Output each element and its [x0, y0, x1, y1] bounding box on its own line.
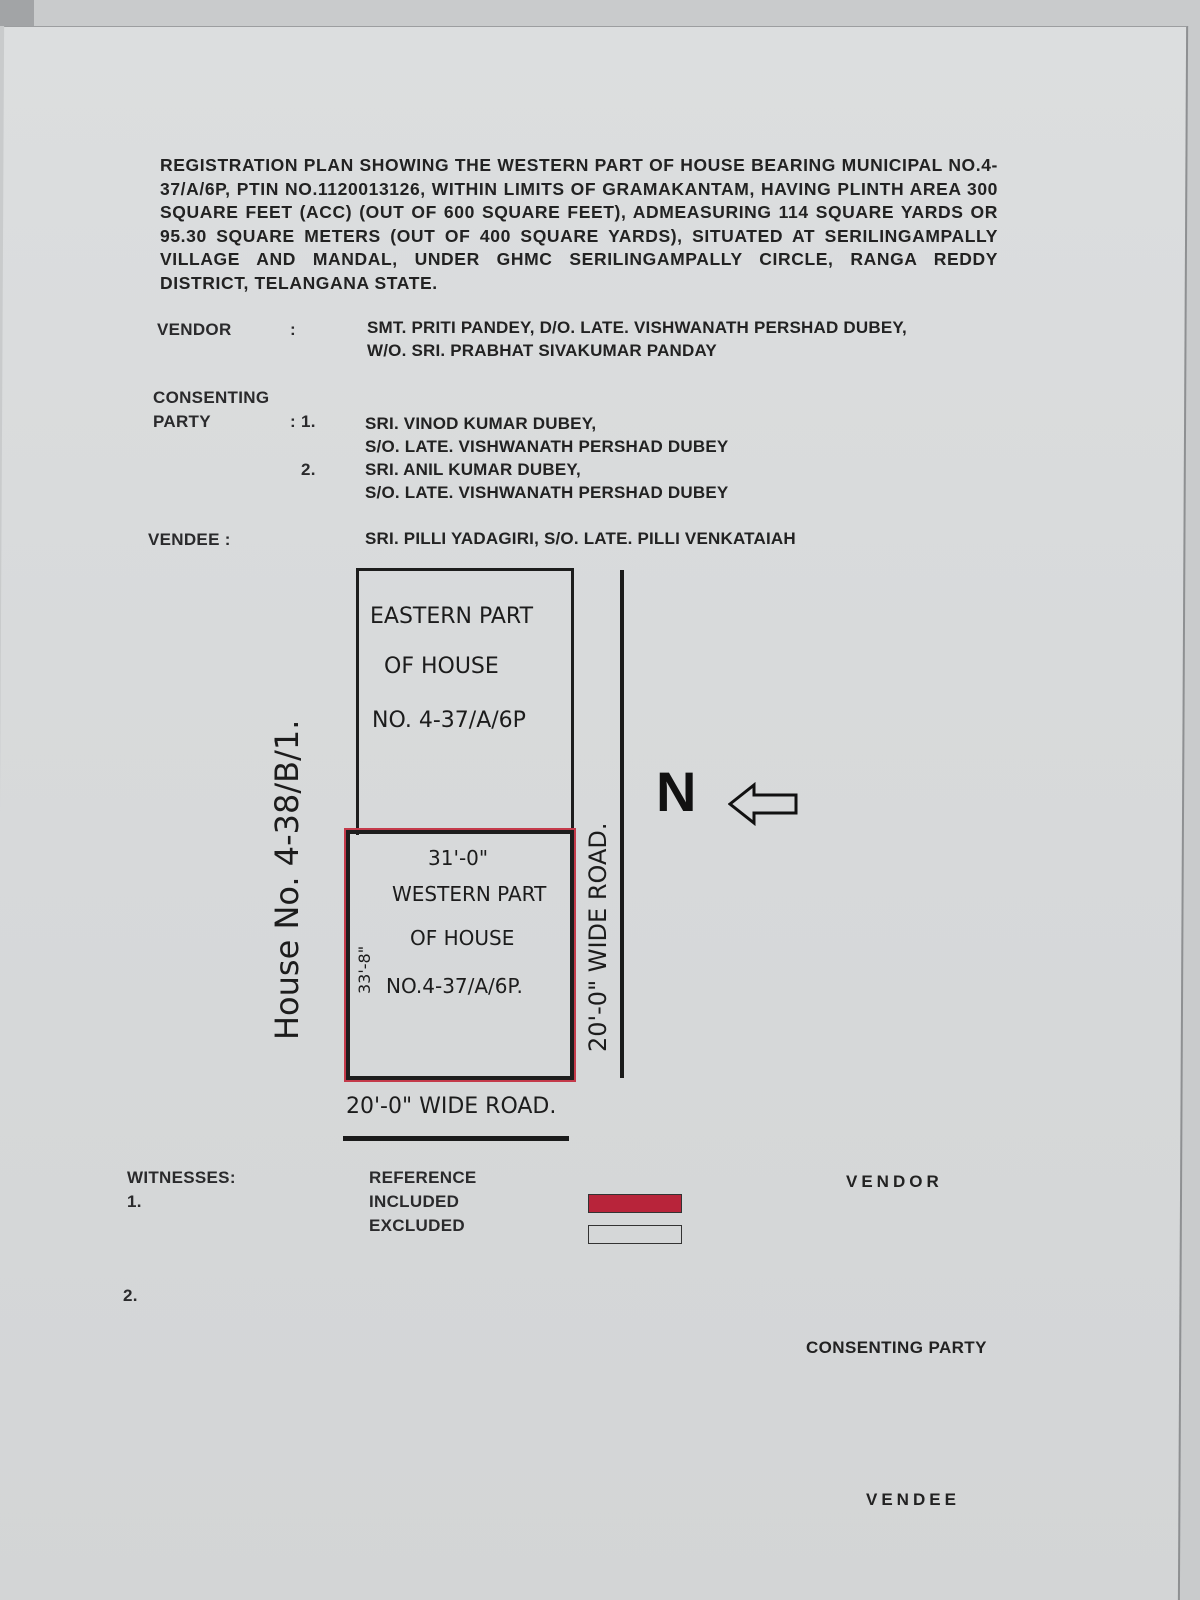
witness-1: 1.: [127, 1192, 142, 1212]
document-title: REGISTRATION PLAN SHOWING THE WESTERN PA…: [160, 154, 998, 295]
consenting-party-member-2: SRI. ANIL KUMAR DUBEY, S/O. LATE. VISHWA…: [365, 458, 728, 504]
consenting-party-number-2: 2.: [301, 460, 316, 480]
member-1-line-2: S/O. LATE. VISHWANATH PERSHAD DUBEY: [365, 435, 728, 458]
member-2-line-1: SRI. ANIL KUMAR DUBEY,: [365, 458, 728, 481]
vendor-line-2: W/O. SRI. PRABHAT SIVAKUMAR PANDAY: [367, 339, 907, 362]
western-part-line-2: OF HOUSE: [410, 926, 514, 950]
legend-included-swatch: [588, 1194, 682, 1213]
vendee-label: VENDEE :: [148, 530, 231, 550]
eastern-part-line-3: NO. 4-37/A/6P: [372, 708, 526, 733]
member-2-line-2: S/O. LATE. VISHWANATH PERSHAD DUBEY: [365, 481, 728, 504]
western-depth-dimension: 33'-8": [355, 946, 374, 994]
north-arrow-icon: [728, 782, 800, 826]
consenting-party-label-2: PARTY: [153, 412, 211, 432]
witnesses-label: WITNESSES:: [127, 1168, 236, 1188]
vendee-signature-label: VENDEE: [866, 1490, 960, 1510]
vendor-signature-label: VENDOR: [846, 1172, 943, 1192]
eastern-part-line-2: OF HOUSE: [384, 654, 499, 679]
legend-excluded-label: EXCLUDED: [369, 1216, 465, 1236]
east-road-line: [620, 570, 624, 1078]
vendor-details: SMT. PRITI PANDEY, D/O. LATE. VISHWANATH…: [367, 316, 907, 362]
western-width-dimension: 31'-0": [428, 846, 488, 870]
vendor-colon: :: [290, 320, 296, 340]
vendor-label: VENDOR: [157, 320, 232, 340]
consenting-party-label-1: CONSENTING: [153, 388, 269, 408]
western-part-line-1: WESTERN PART: [392, 882, 546, 906]
west-neighbour-house-label: House No. 4-38/B/1.: [268, 720, 306, 1040]
background-corner: [0, 0, 34, 26]
member-1-line-1: SRI. VINOD KUMAR DUBEY,: [365, 412, 728, 435]
witness-2: 2.: [123, 1286, 138, 1306]
consenting-party-number-1: : 1.: [290, 412, 316, 432]
vendor-line-1: SMT. PRITI PANDEY, D/O. LATE. VISHWANATH…: [367, 316, 907, 339]
south-road-label: 20'-0" WIDE ROAD.: [346, 1094, 556, 1119]
eastern-part-line-1: EASTERN PART: [370, 604, 533, 629]
legend-heading: REFERENCE: [369, 1168, 477, 1188]
south-road-line: [343, 1136, 569, 1141]
western-part-line-3: NO.4-37/A/6P.: [386, 974, 523, 998]
consenting-party-member-1: SRI. VINOD KUMAR DUBEY, S/O. LATE. VISHW…: [365, 412, 728, 458]
vendee-name: SRI. PILLI YADAGIRI, S/O. LATE. PILLI VE…: [365, 527, 796, 550]
legend-excluded-swatch: [588, 1225, 682, 1244]
east-road-label: 20'-0" WIDE ROAD.: [584, 823, 612, 1053]
consenting-party-signature-label: CONSENTING PARTY: [806, 1338, 987, 1358]
legend-included-label: INCLUDED: [369, 1192, 459, 1212]
north-label: N: [656, 764, 696, 820]
